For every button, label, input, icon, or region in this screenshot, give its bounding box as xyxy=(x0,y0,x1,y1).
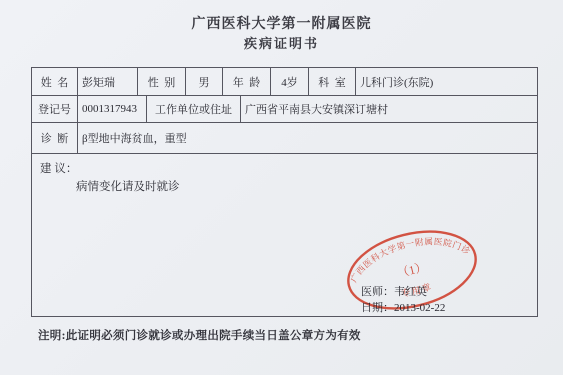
age-label: 年 龄 xyxy=(223,68,271,95)
age-value: 4岁 xyxy=(271,68,309,95)
name-label: 姓 名 xyxy=(32,68,78,95)
name-value: 彭矩瑞 xyxy=(78,68,138,95)
certificate-page: 广西医科大学第一附属医院 疾病证明书 姓 名 彭矩瑞 性 别 男 年 龄 4岁 … xyxy=(0,0,563,375)
address-value: 广西省平南县大安镇深订塘村 xyxy=(241,96,537,122)
registration-number: 0001317943 xyxy=(78,96,147,122)
department-value: 儿科门诊(东院) xyxy=(356,68,537,95)
date-label: 日期： xyxy=(361,302,394,314)
address-label: 工作单位或住址 xyxy=(147,96,241,122)
table-row-diagnosis: 诊 断 β型地中海贫血，重型 xyxy=(32,123,537,154)
table-row-patient: 姓 名 彭矩瑞 性 别 男 年 龄 4岁 科 室 儿科门诊(东院) xyxy=(32,68,537,96)
footer-note: 注明:此证明必须门诊就诊或办理出院手续当日盖公章方为有效 xyxy=(38,327,361,343)
doctor-line: 医师：韦红英 xyxy=(361,284,445,300)
gender-label: 性 别 xyxy=(138,68,186,95)
registration-label: 登记号 xyxy=(32,96,78,122)
date-line: 日期：2013-02-22 xyxy=(361,300,445,316)
advice-value: 病情变化请及时就诊 xyxy=(76,178,180,194)
document-title: 疾病证明书 xyxy=(0,33,563,52)
date-value: 2013-02-22 xyxy=(394,302,445,314)
diagnosis-label: 诊 断 xyxy=(32,123,78,153)
certificate-table: 姓 名 彭矩瑞 性 别 男 年 龄 4岁 科 室 儿科门诊(东院) 登记号 00… xyxy=(31,67,538,317)
table-row-registration: 登记号 0001317943 工作单位或住址 广西省平南县大安镇深订塘村 xyxy=(32,96,537,123)
signature-block: 医师：韦红英 日期：2013-02-22 xyxy=(361,284,445,316)
doctor-name: 韦红英 xyxy=(394,286,427,298)
diagnosis-value: β型地中海贫血，重型 xyxy=(78,123,537,153)
doctor-label: 医师： xyxy=(361,286,394,298)
department-label: 科 室 xyxy=(309,68,356,95)
gender-value: 男 xyxy=(186,68,223,95)
advice-label: 建 议： xyxy=(40,160,77,176)
table-row-advice: 建 议： 病情变化请及时就诊 医师：韦红英 日期：2013-02-22 xyxy=(32,154,537,318)
hospital-title: 广西医科大学第一附属医院 xyxy=(0,13,563,33)
